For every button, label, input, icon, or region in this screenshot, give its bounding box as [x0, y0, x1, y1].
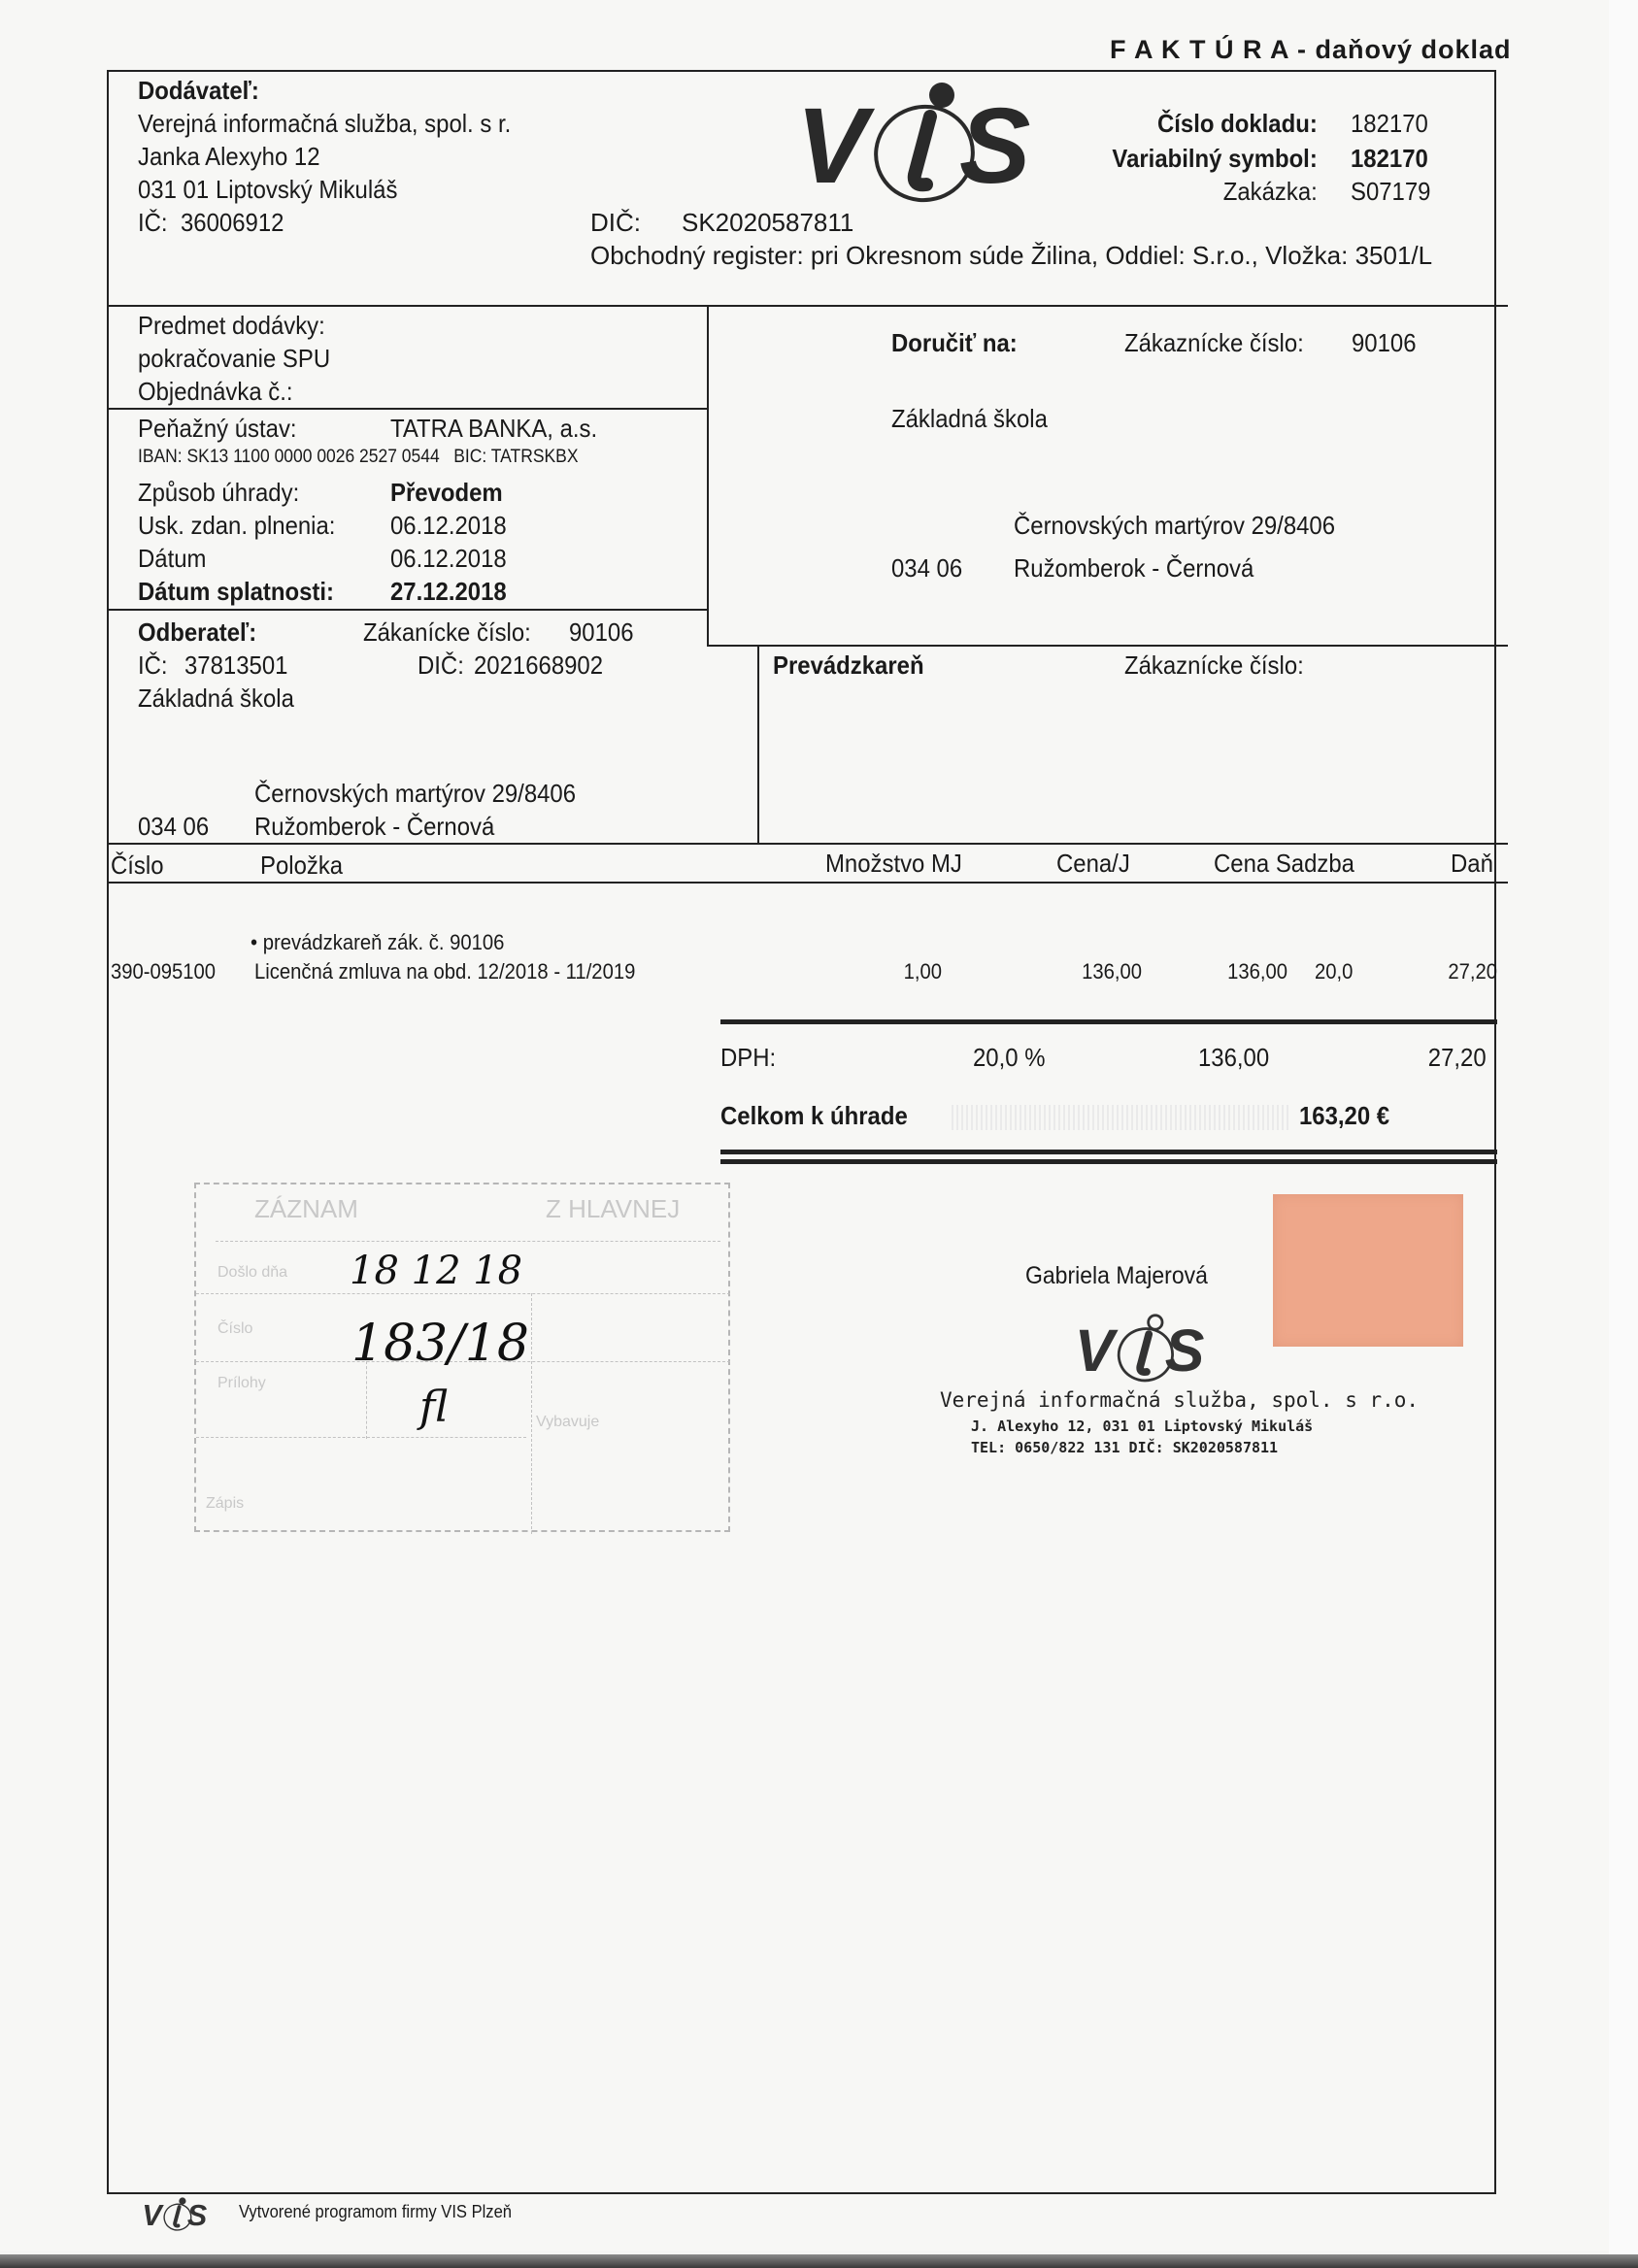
item-note: • prevádzkareň zák. č. 90106 — [251, 930, 504, 955]
customer-dic-label: DIČ: — [418, 650, 464, 681]
bank-label: Peňažný ústav: — [138, 414, 297, 444]
due-date-label: Dátum splatnosti: — [138, 577, 334, 607]
svg-text:S: S — [1165, 1317, 1205, 1383]
total-label: Celkom k úhrade — [720, 1101, 908, 1131]
variable-symbol: 182170 — [1351, 144, 1428, 174]
col-tax: Daň — [1451, 849, 1493, 879]
sticky-note — [1273, 1194, 1463, 1347]
stamp-company: Verejná informačná služba, spol. s r.o. — [940, 1388, 1419, 1412]
tax-date-label: Usk. zdan. plnenia: — [138, 511, 335, 541]
handwritten-initials: ﬂ — [419, 1383, 448, 1432]
frame-bottom — [107, 2192, 1496, 2194]
deliver-to-zip: 034 06 — [891, 553, 962, 584]
table-top-rule — [107, 843, 1508, 845]
divider-deliver-to — [707, 645, 1508, 647]
scan-shadow — [0, 2254, 1638, 2268]
premises-heading: Prevádzkareň — [773, 650, 924, 681]
totals-rule-1 — [720, 1150, 1497, 1154]
handwritten-date: 18 12 18 — [350, 1249, 522, 1293]
footer-text: Vytvorené programom firmy VIS Plzeň — [239, 2202, 512, 2222]
customer-name: Základná škola — [138, 684, 294, 714]
signatory-name: Gabriela Majerová — [1025, 1262, 1208, 1290]
stamp-vis-logo: V S — [1074, 1313, 1210, 1383]
col-item: Položka — [260, 850, 343, 881]
supplier-city: Liptovský Mikuláš — [216, 175, 397, 205]
svg-text:S: S — [187, 2199, 207, 2231]
deliver-to-heading: Doručiť na: — [891, 328, 1018, 358]
totals-rule-2 — [720, 1159, 1497, 1164]
supplier-name: Verejná informačná služba, spol. s r. — [138, 109, 511, 139]
supplier-ic-label: IČ: — [138, 208, 168, 238]
cell-number: 390-095100 — [111, 959, 216, 984]
vis-logo: V S — [796, 78, 1039, 204]
payment-method-label: Způsob úhrady: — [138, 478, 299, 508]
date-label: Dátum — [138, 544, 206, 574]
deliver-to-name: Základná škola — [891, 404, 1048, 434]
date: 06.12.2018 — [390, 544, 507, 574]
deliver-to-city: Ružomberok - Černová — [1014, 553, 1254, 584]
scan-edge — [1609, 0, 1638, 2254]
order-number: S07179 — [1351, 177, 1430, 207]
col-price-rate: Cena Sadzba — [1214, 849, 1354, 879]
divider-supplier — [107, 305, 1508, 307]
divider-left-col — [707, 305, 709, 647]
customer-city: Ružomberok - Černová — [254, 812, 494, 842]
vat-rate: 20,0 % — [973, 1043, 1045, 1073]
deliver-to-street: Černovských martýrov 29/8406 — [1014, 511, 1335, 541]
vat-amount: 27,20 — [1359, 1043, 1487, 1073]
doc-number: 182170 — [1351, 109, 1428, 139]
svg-text:V: V — [142, 2199, 164, 2231]
col-unit-price: Cena/J — [1056, 849, 1130, 879]
variable-symbol-label: Variabilný symbol: — [1058, 144, 1318, 174]
cell-qty: 1,00 — [880, 959, 942, 984]
supplier-dic-label: DIČ: — [590, 208, 641, 238]
customer-street: Černovských martýrov 29/8406 — [254, 779, 576, 809]
totals-top-rule — [720, 1019, 1497, 1024]
supplier-ic: 36006912 — [181, 208, 284, 238]
footer-vis-logo: V S — [142, 2196, 210, 2231]
svg-text:S: S — [959, 86, 1030, 204]
cell-tax: 27,20 — [1406, 959, 1497, 984]
order-label: Zakázka: — [1058, 177, 1318, 207]
deliver-to-customer-no-label: Zákaznícke číslo: — [1124, 328, 1304, 358]
premises-customer-no-label: Zákaznícke číslo: — [1124, 650, 1304, 681]
customer-heading: Odberateľ: — [138, 617, 256, 648]
col-qty: Množstvo MJ — [825, 849, 962, 879]
vat-base: 136,00 — [1198, 1043, 1269, 1073]
order-no-label: Objednávka č.: — [138, 377, 293, 407]
cell-rate: 20,0 — [1315, 959, 1359, 984]
svg-text:V: V — [1075, 1317, 1119, 1383]
supplier-zip: 031 01 — [138, 175, 209, 205]
cell-item: Licenčná zmluva na obd. 12/2018 - 11/201… — [254, 959, 635, 984]
svg-text:V: V — [796, 86, 876, 204]
bank-name: TATRA BANKA, a.s. — [390, 414, 597, 444]
delivery-subject-value: pokračovanie SPU — [138, 344, 330, 374]
supplier-dic: SK2020587811 — [682, 208, 853, 238]
cell-unit-price: 136,00 — [1056, 959, 1142, 984]
frame-top — [107, 70, 1495, 72]
document-title: F A K T Ú R A - daňový doklad — [1110, 35, 1512, 65]
customer-zip: 034 06 — [138, 812, 209, 842]
iban-line: IBAN: SK13 1100 0000 0026 2527 0544 BIC:… — [138, 447, 578, 468]
customer-ic: 37813501 — [184, 650, 287, 681]
frame-right — [1494, 70, 1496, 2194]
stamp-contact: TEL: 0650/822 131 DIČ: SK2020587811 — [971, 1439, 1278, 1456]
divider-premises — [757, 645, 759, 845]
supplier-heading: Dodávateľ: — [138, 76, 259, 106]
total-amount: 163,20 € — [1299, 1101, 1389, 1131]
stamp-address: J. Alexyho 12, 031 01 Liptovský Mikuláš — [971, 1417, 1313, 1435]
customer-ic-label: IČ: — [138, 650, 168, 681]
total-shading — [952, 1105, 1291, 1130]
divider-subject — [107, 408, 709, 410]
supplier-register: Obchodný register: pri Okresnom súde Žil… — [590, 241, 1432, 271]
deliver-to-customer-no: 90106 — [1352, 328, 1417, 358]
supplier-street: Janka Alexyho 12 — [138, 142, 320, 172]
vat-label: DPH: — [720, 1043, 776, 1073]
handwritten-number: 183/18 — [351, 1315, 529, 1373]
frame-left — [107, 70, 109, 2194]
payment-method: Převodem — [390, 478, 503, 508]
tax-date: 06.12.2018 — [390, 511, 507, 541]
due-date: 27.12.2018 — [390, 577, 507, 607]
customer-dic: 2021668902 — [474, 650, 603, 681]
cell-price: 136,00 — [1202, 959, 1287, 984]
table-header-rule — [107, 882, 1508, 884]
divider-payment — [107, 609, 709, 611]
col-number: Číslo — [111, 850, 164, 881]
delivery-subject-label: Predmet dodávky: — [138, 311, 325, 341]
customer-no: 90106 — [569, 617, 634, 648]
customer-no-label: Zákanícke číslo: — [363, 617, 531, 648]
doc-number-label: Číslo dokladu: — [1058, 109, 1318, 139]
